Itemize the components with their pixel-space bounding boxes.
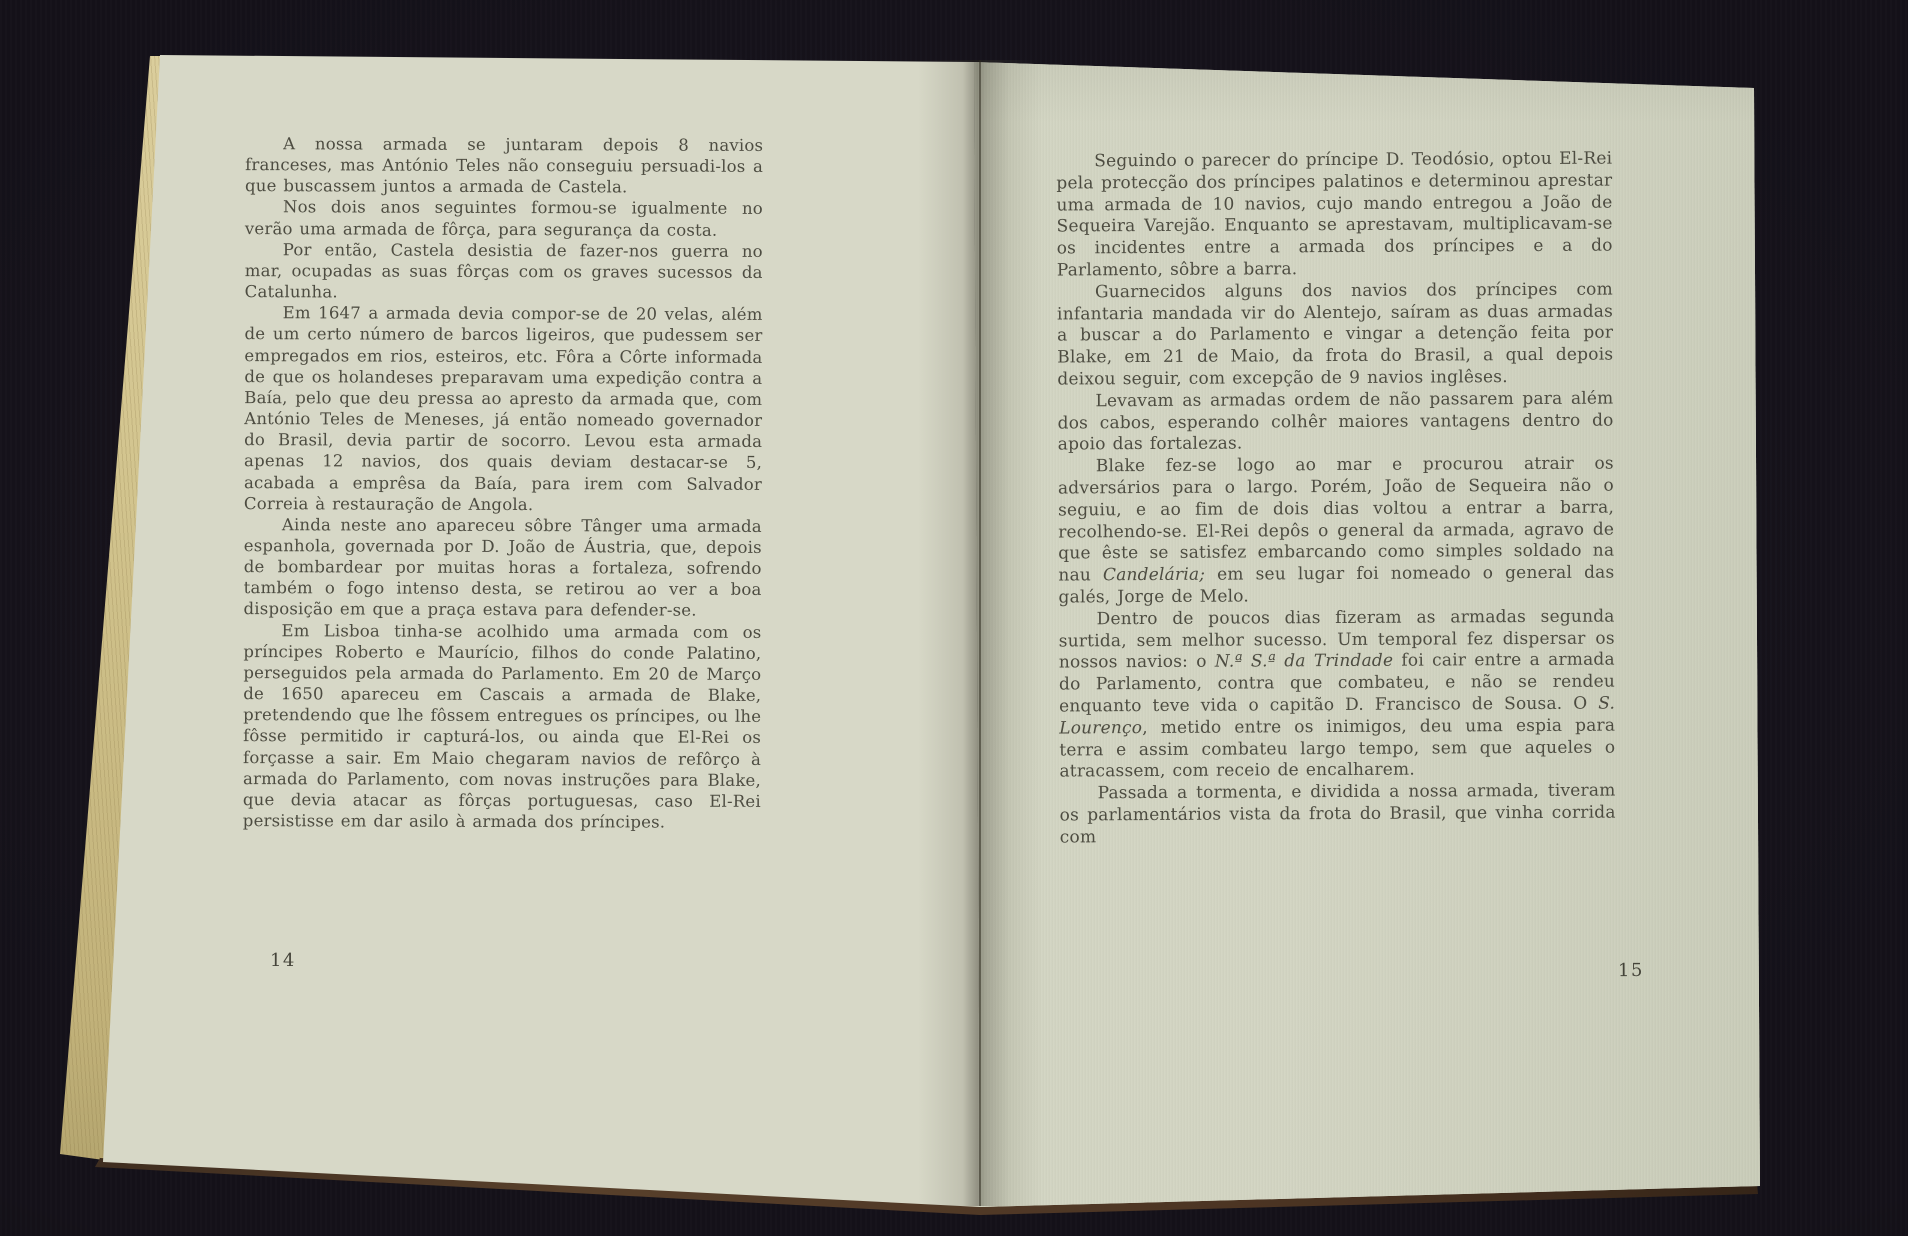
left-page-number: 14 (270, 950, 296, 971)
paragraph: Nos dois anos seguintes formou-se igualm… (245, 197, 763, 241)
ship-name-italic: Candelária; (1103, 565, 1205, 586)
paragraph: Ainda neste ano apareceu sôbre Tânger um… (244, 514, 762, 622)
text-run: Guarnecidos alguns dos navios dos prínci… (1057, 279, 1613, 389)
paragraph: Seguindo o parecer do príncipe D. Teodós… (1056, 149, 1613, 283)
paragraph: Dentro de poucos dias fizeram as armadas… (1059, 606, 1616, 783)
text-run: Por então, Castela desistia de fazer-nos… (245, 240, 763, 302)
paragraph: Guarnecidos alguns dos navios dos prínci… (1057, 279, 1614, 391)
right-page-text: Seguindo o parecer do príncipe D. Teodós… (1056, 149, 1616, 849)
paragraph: Passada a tormenta, e dividida a nossa a… (1059, 781, 1615, 849)
text-run: Em Lisboa tinha-se acolhido uma armada c… (243, 621, 762, 832)
text-run: Passada a tormenta, e dividida a nossa a… (1060, 781, 1616, 848)
photo-background: A nossa armada se juntaram depois 8 navi… (0, 0, 1908, 1236)
left-page-text: A nossa armada se juntaram depois 8 navi… (243, 133, 763, 833)
paragraph: Por então, Castela desistia de fazer-nos… (245, 239, 763, 304)
text-run: Ainda neste ano apareceu sôbre Tânger um… (244, 515, 762, 620)
ship-name-italic: N.ª S.ª da Trindade (1215, 651, 1393, 672)
text-run: , metido entre os inimigos, deu uma espi… (1059, 715, 1615, 782)
text-run: Seguindo o parecer do príncipe D. Teodós… (1056, 149, 1612, 281)
text-run: A nossa armada se juntaram depois 8 navi… (245, 134, 763, 197)
text-run: Em 1647 a armada devia compor-se de 20 v… (244, 303, 763, 513)
gutter-shadow (918, 60, 1042, 1206)
paragraph: Blake fez-se logo ao mar e procurou atra… (1058, 454, 1615, 609)
right-page-number: 15 (1618, 960, 1644, 981)
open-book: A nossa armada se juntaram depois 8 navi… (0, 0, 1908, 1236)
paragraph: Levavam as armadas ordem de não passarem… (1057, 388, 1613, 456)
text-run: Levavam as armadas ordem de não passarem… (1058, 388, 1614, 455)
text-run: Nos dois anos seguintes formou-se igualm… (245, 198, 763, 240)
paragraph: A nossa armada se juntaram depois 8 navi… (245, 133, 763, 198)
paragraph: Em 1647 a armada devia compor-se de 20 v… (244, 302, 763, 515)
paragraph: Em Lisboa tinha-se acolhido uma armada c… (243, 620, 762, 833)
